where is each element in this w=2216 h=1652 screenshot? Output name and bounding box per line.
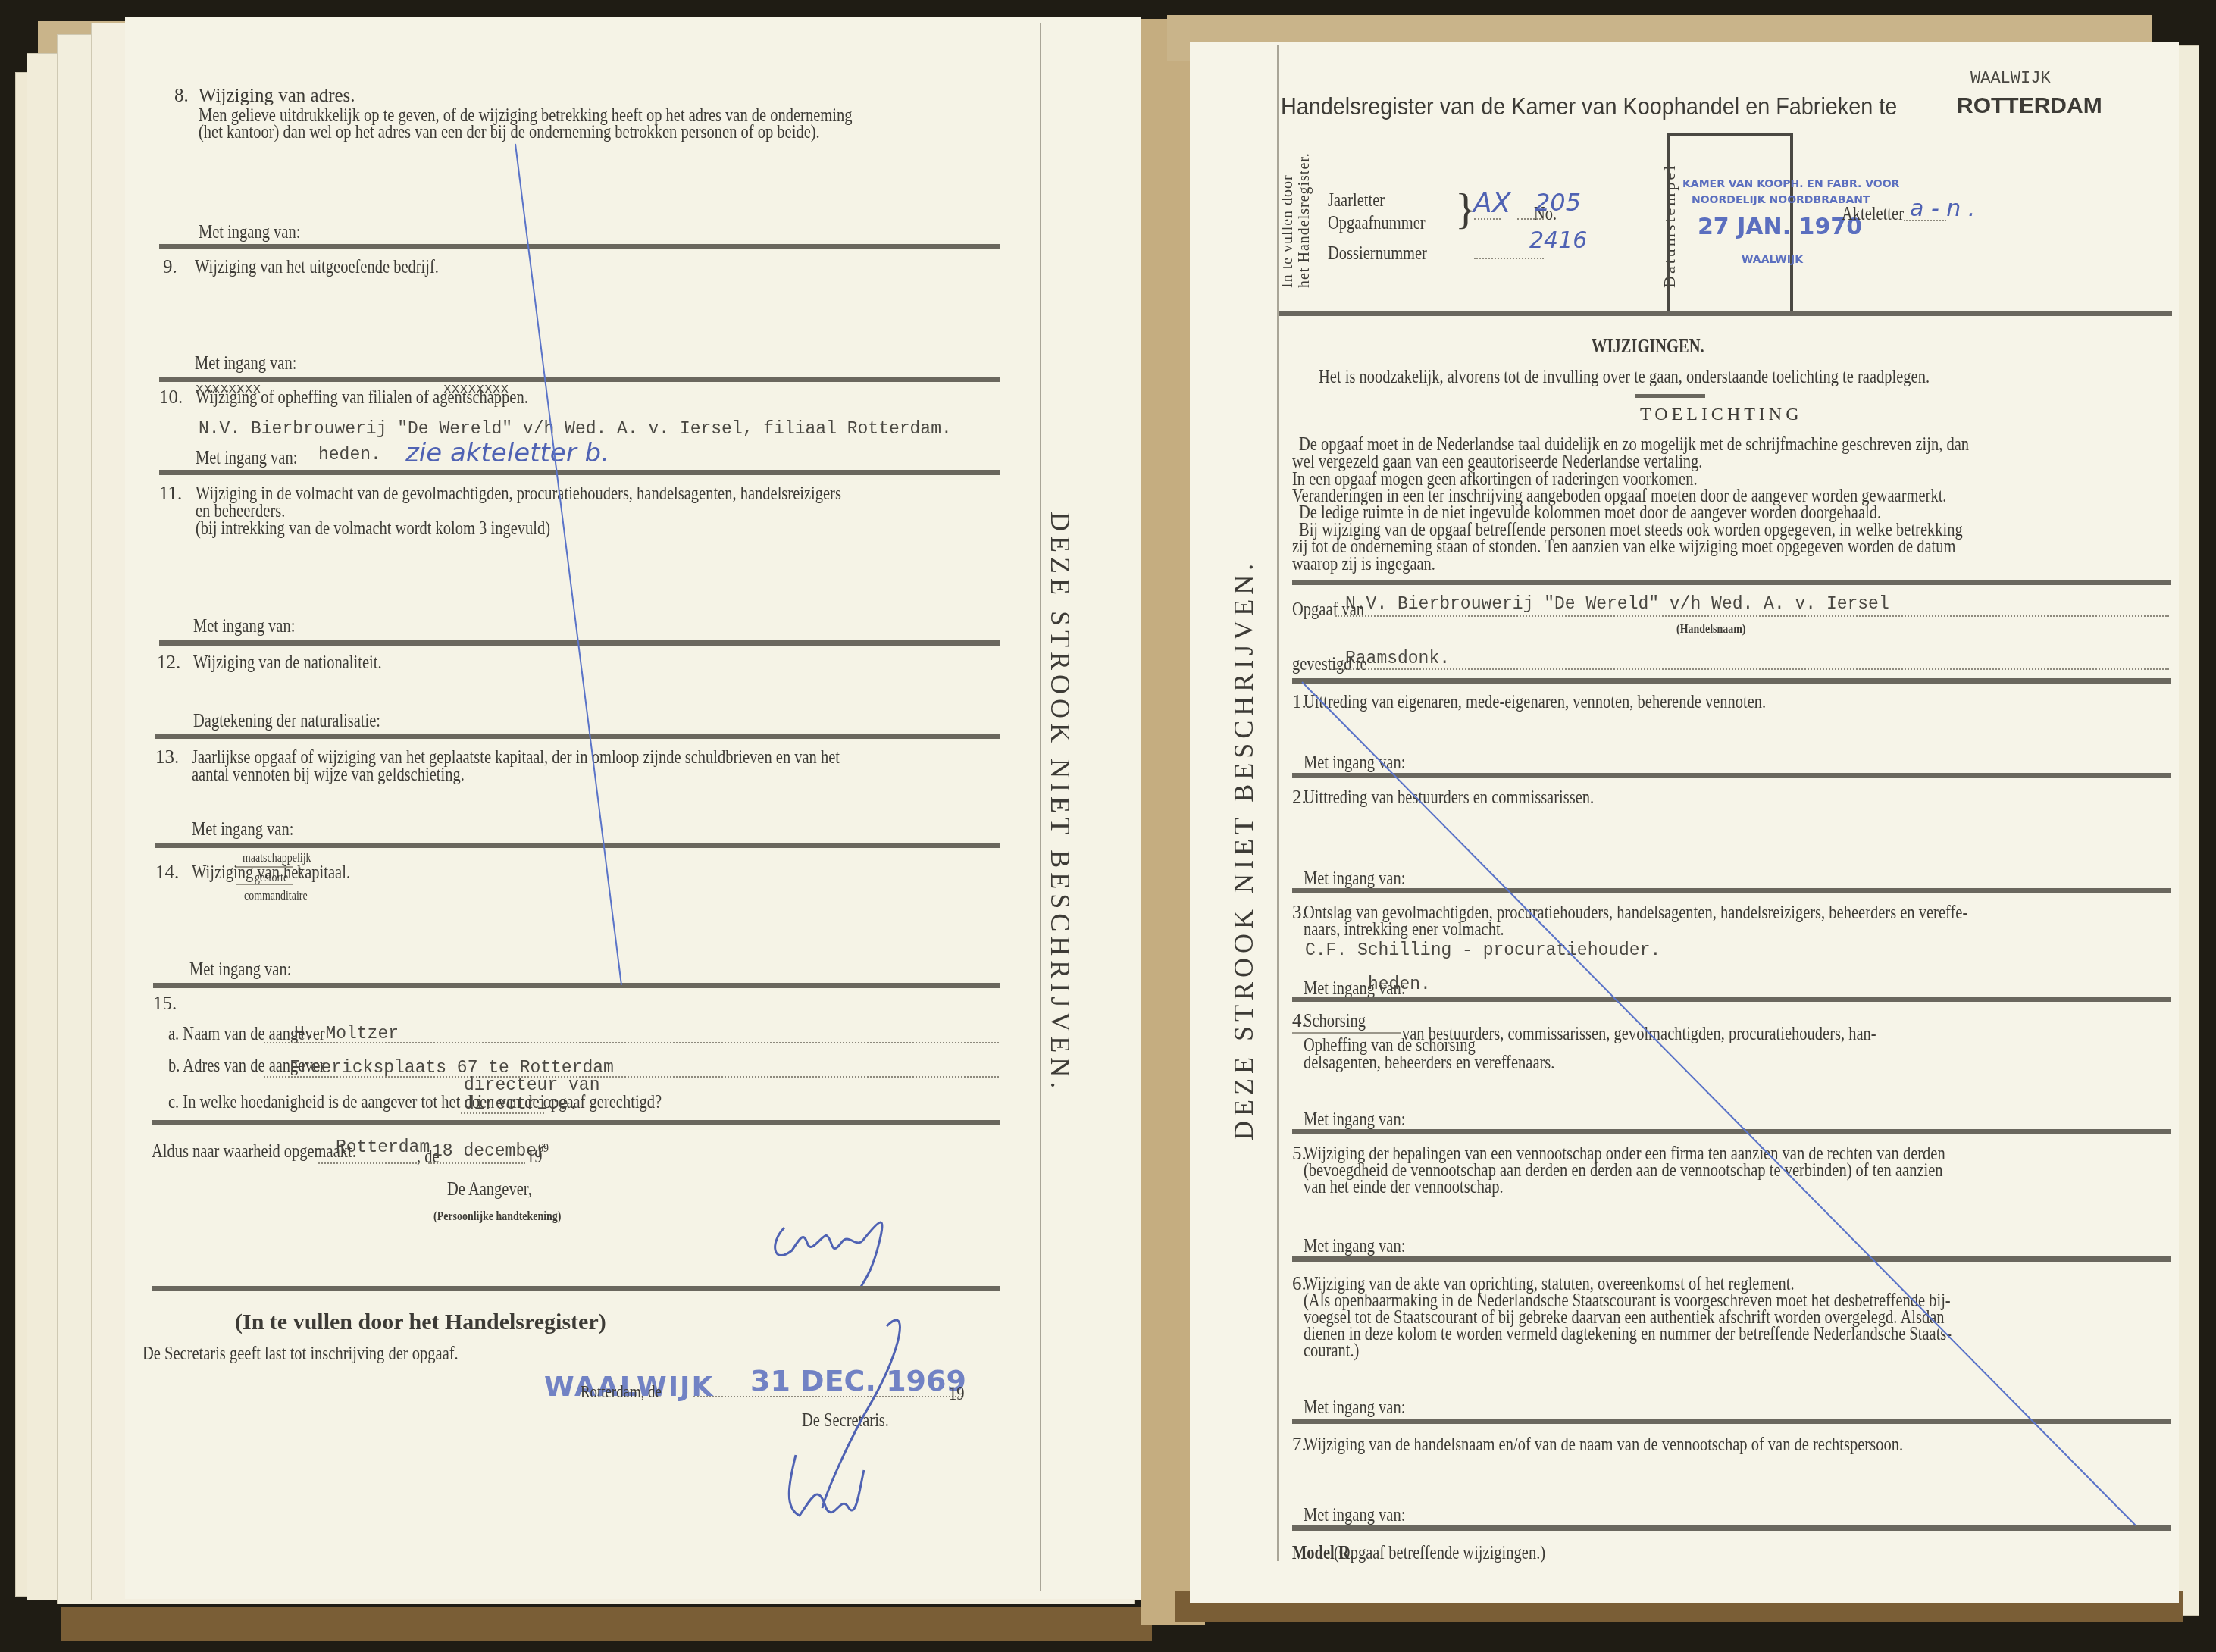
- right-strike-line-icon: [0, 0, 2216, 1652]
